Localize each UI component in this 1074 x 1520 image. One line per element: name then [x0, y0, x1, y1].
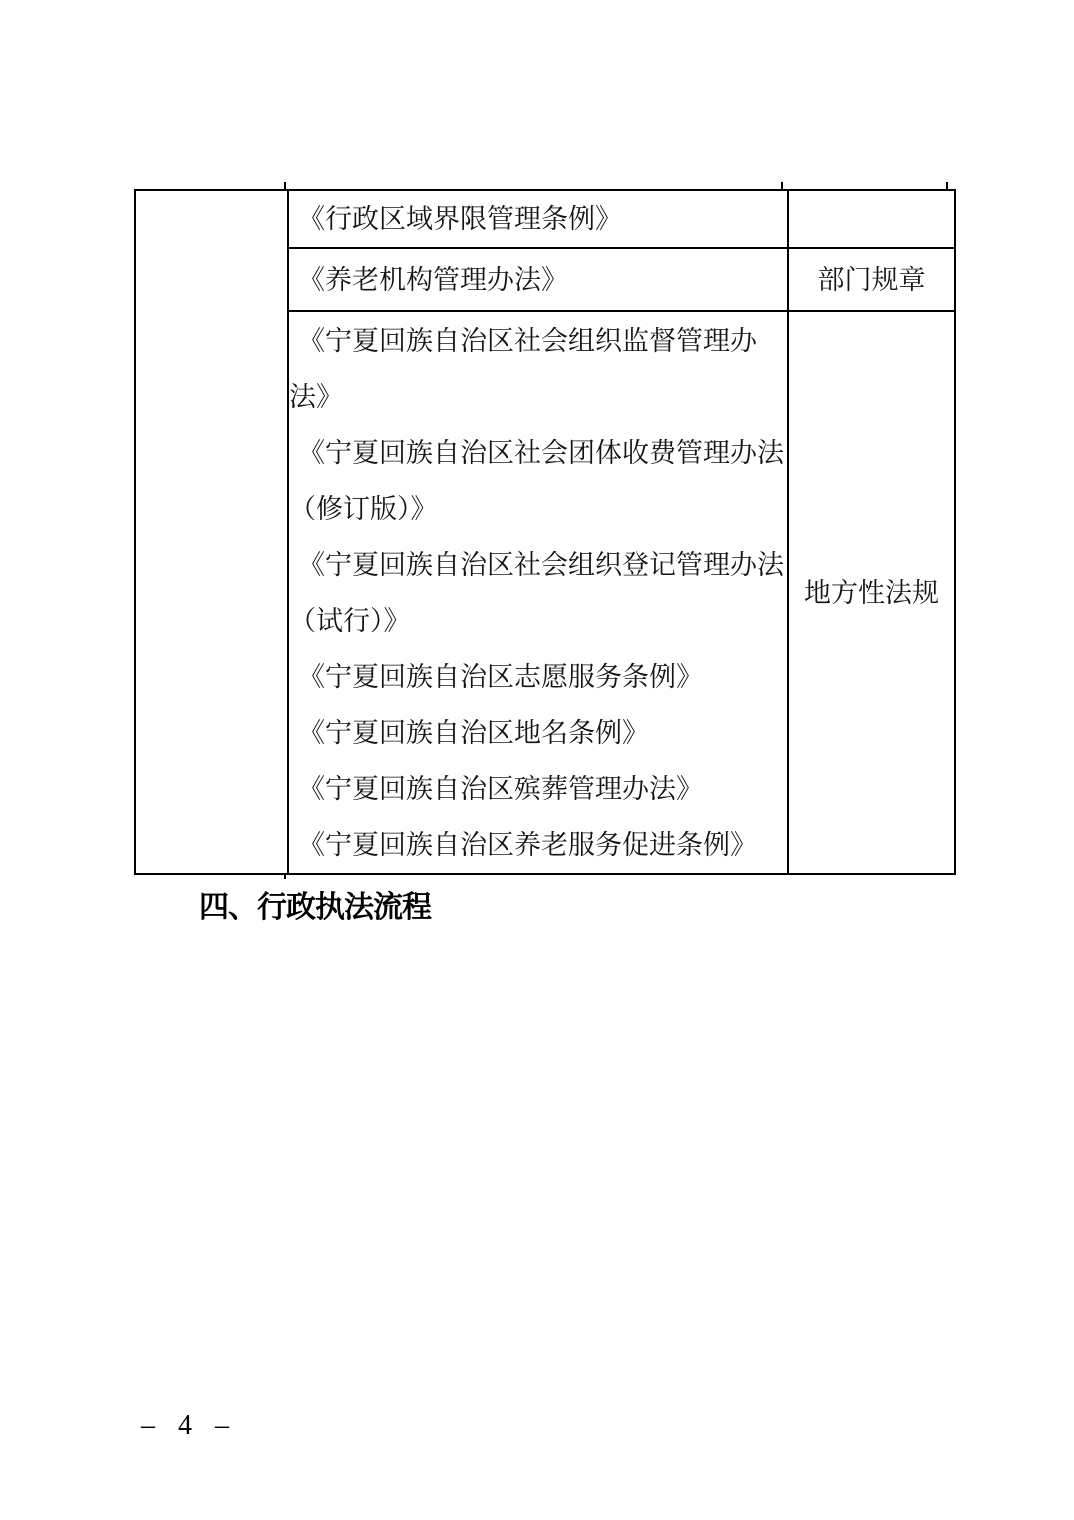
law-cell: 《养老机构管理办法》 [288, 248, 788, 311]
page-number: – 4 – [141, 1410, 237, 1442]
table-break-stub [781, 182, 783, 189]
law-title: 《宁夏回族自治区社会组织登记管理办法（试行）》 [289, 537, 787, 649]
law-title: 《行政区域界限管理条例》 [289, 191, 787, 247]
document-page: 《行政区域界限管理条例》 《养老机构管理办法》 部门规章 《宁夏回族自治区社会组… [0, 0, 1074, 1520]
table-break-stub [284, 873, 286, 879]
law-cell: 《行政区域界限管理条例》 [288, 190, 788, 248]
table-row: 《行政区域界限管理条例》 [135, 190, 955, 248]
table-break-stub [284, 182, 286, 189]
legal-basis-table: 《行政区域界限管理条例》 《养老机构管理办法》 部门规章 《宁夏回族自治区社会组… [134, 189, 956, 875]
section-heading: 四、行政执法流程 [199, 882, 431, 926]
category-cell: 部门规章 [788, 248, 955, 311]
law-title: 《养老机构管理办法》 [289, 252, 787, 308]
law-title: 《宁夏回族自治区养老服务促进条例》 [289, 817, 787, 873]
law-title: 《宁夏回族自治区社会团体收费管理办法（修订版）》 [289, 425, 787, 537]
law-title: 《宁夏回族自治区社会组织监督管理办法》 [289, 313, 787, 425]
law-title: 《宁夏回族自治区志愿服务条例》 [289, 649, 787, 705]
law-cell: 《宁夏回族自治区社会组织监督管理办法》 《宁夏回族自治区社会团体收费管理办法（修… [288, 311, 788, 874]
table-break-stub [946, 182, 948, 189]
law-title: 《宁夏回族自治区殡葬管理办法》 [289, 761, 787, 817]
category-cell [788, 190, 955, 248]
law-title: 《宁夏回族自治区地名条例》 [289, 705, 787, 761]
category-cell: 地方性法规 [788, 311, 955, 874]
left-spanner-cell [135, 190, 288, 874]
